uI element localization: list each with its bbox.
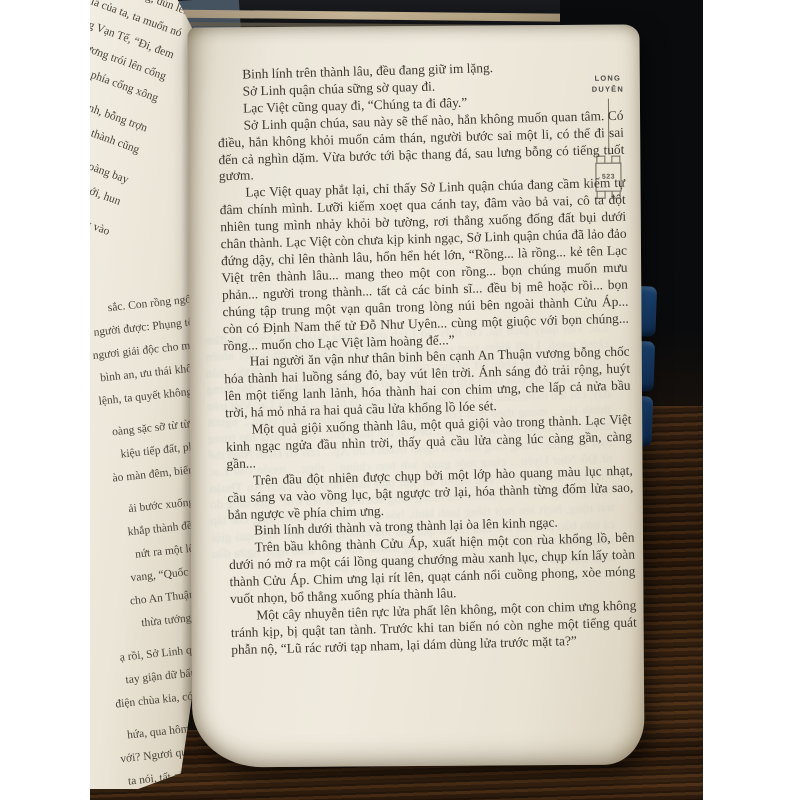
white-margin-left — [0, 0, 90, 800]
left-page-text-bottom: sắc. Con rồng ngốcngười được: Phụng tộcn… — [90, 288, 197, 789]
book-photo: PWSiusius ữ tiện chứng, đùn lênlà của ta… — [0, 0, 800, 800]
left-page-curl: ữ tiện chứng, đùn lênlà của ta, ta muốn … — [90, 0, 197, 789]
right-page: Lạc Việt quay phắt lại, chỉ thấy Sở Linh… — [187, 24, 644, 767]
photo-area: PWSiusius ữ tiện chứng, đùn lênlà của ta… — [90, 0, 703, 800]
paragraph: Trên bầu không thành Cửu Áp, xuất hiện m… — [228, 530, 636, 608]
paragraph: Một cây nhuyễn tiên rực lửa phất lên khô… — [230, 598, 637, 659]
text-block: Binh lính trên thành lâu, đều đang giữ i… — [216, 57, 637, 659]
white-margin-right — [703, 0, 800, 800]
left-page-text-top: ữ tiện chứng, đùn lênlà của ta, ta muốn … — [90, 0, 193, 244]
paragraph: Lạc Việt quay phắt lại, chỉ thấy Sở Linh… — [219, 175, 629, 355]
paragraph: Sở Linh quận chúa, sau này sẽ thế nào, h… — [217, 107, 625, 185]
paragraph: Hai người ăn vận như thân binh bên cạnh … — [224, 344, 632, 422]
